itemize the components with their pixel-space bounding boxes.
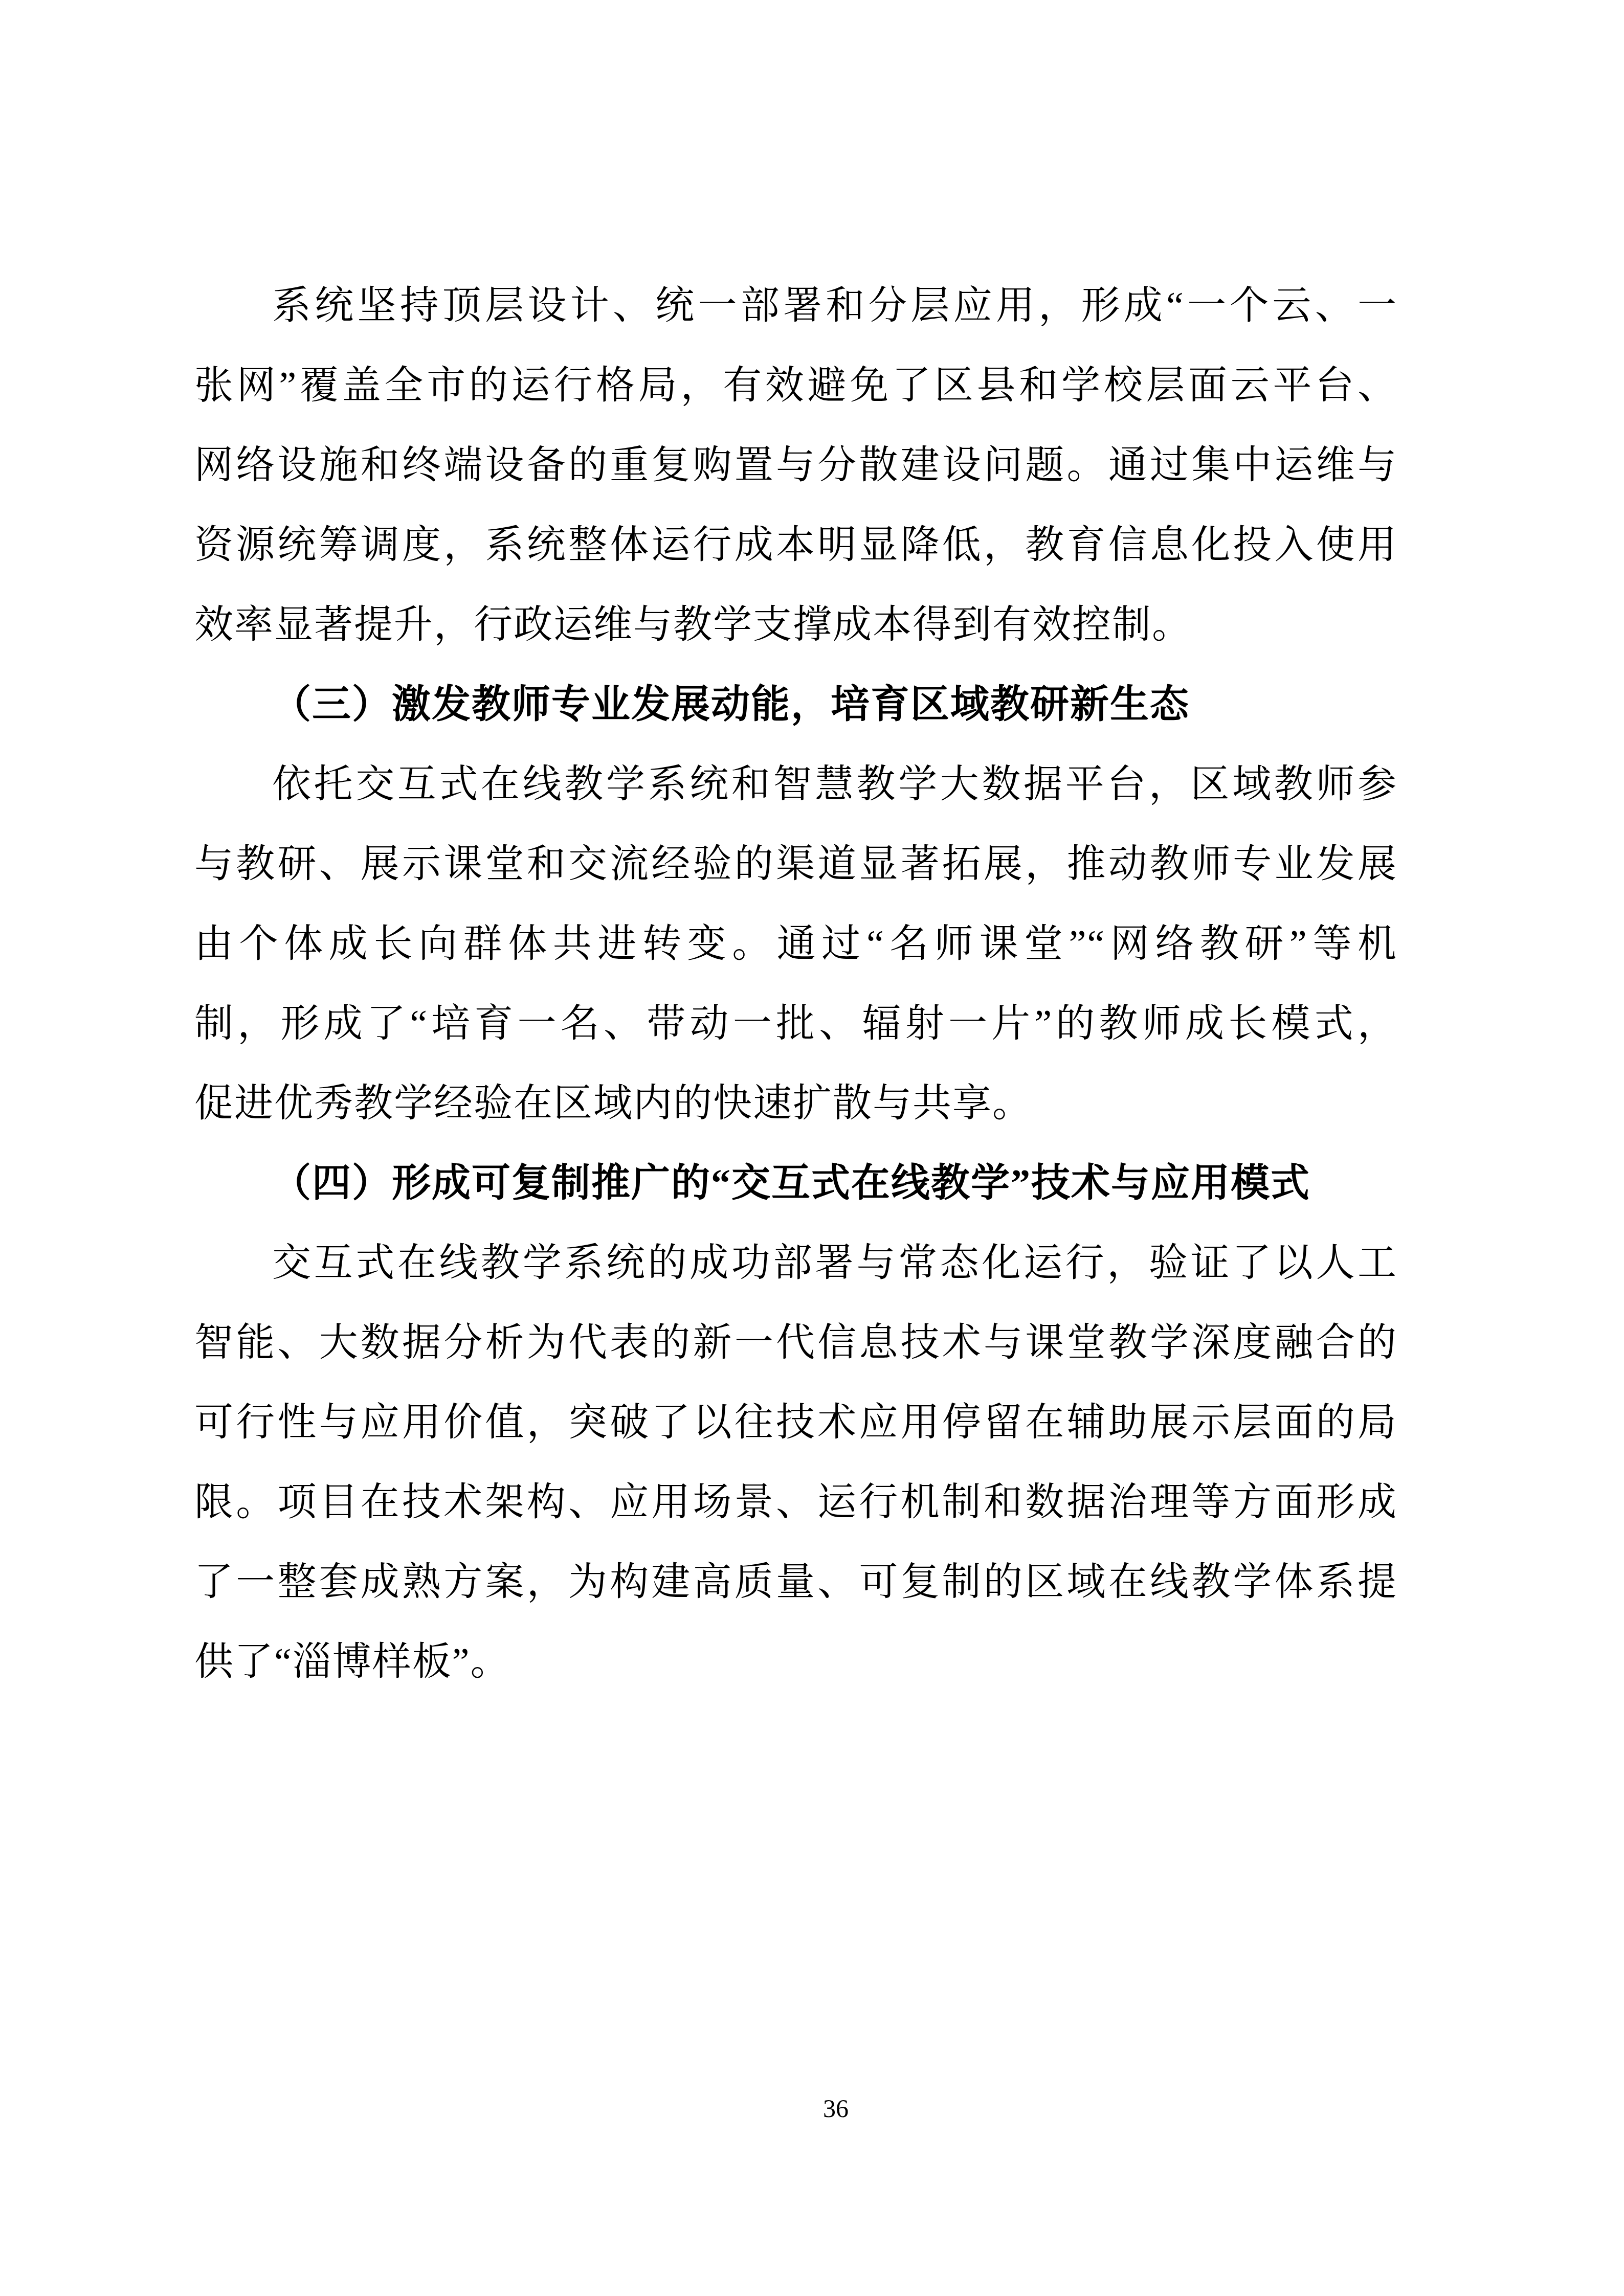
heading-section-3: （三）激发教师专业发展动能，培育区域教研新生态	[194, 665, 1397, 745]
paragraph-line: 可行性与应用价值，突破了以往技术应用停留在辅助展示层面的局	[194, 1383, 1397, 1462]
paragraph-line: 系统坚持顶层设计、统一部署和分层应用，形成“一个云、一	[194, 266, 1397, 346]
heading-line: （四）形成可复制推广的“交互式在线教学”技术与应用模式	[194, 1143, 1397, 1223]
paragraph-teacher-development: 依托交互式在线教学系统和智慧教学大数据平台，区域教师参与教研、展示课堂和交流经验…	[194, 745, 1397, 1143]
paragraph-line: 效率显著提升，行政运维与教学支撑成本得到有效控制。	[194, 585, 1397, 665]
heading-section-4: （四）形成可复制推广的“交互式在线教学”技术与应用模式	[194, 1143, 1397, 1223]
paragraph-line: 促进优秀教学经验在区域内的快速扩散与共享。	[194, 1064, 1397, 1143]
paragraph-line: 制，形成了“培育一名、带动一批、辐射一片”的教师成长模式，	[194, 984, 1397, 1064]
paragraph-line: 了一整套成熟方案，为构建高质量、可复制的区域在线教学体系提	[194, 1542, 1397, 1622]
page-number: 36	[759, 2085, 913, 2131]
document-page: 系统坚持顶层设计、统一部署和分层应用，形成“一个云、一张网”覆盖全市的运行格局，…	[0, 0, 1624, 2296]
paragraph-line: 智能、大数据分析为代表的新一代信息技术与课堂教学深度融合的	[194, 1303, 1397, 1383]
paragraph-system-deployment: 系统坚持顶层设计、统一部署和分层应用，形成“一个云、一张网”覆盖全市的运行格局，…	[194, 266, 1397, 665]
paragraph-line: 网络设施和终端设备的重复购置与分散建设问题。通过集中运维与	[194, 425, 1397, 505]
paragraph-replicable-model: 交互式在线教学系统的成功部署与常态化运行，验证了以人工智能、大数据分析为代表的新…	[194, 1223, 1397, 1702]
paragraph-line: 依托交互式在线教学系统和智慧教学大数据平台，区域教师参	[194, 745, 1397, 824]
paragraph-line: 供了“淄博样板”。	[194, 1622, 1397, 1702]
paragraph-line: 张网”覆盖全市的运行格局，有效避免了区县和学校层面云平台、	[194, 346, 1397, 425]
paragraph-line: 限。项目在技术架构、应用场景、运行机制和数据治理等方面形成	[194, 1462, 1397, 1542]
paragraph-line: 由个体成长向群体共进转变。通过“名师课堂”“网络教研”等机	[194, 904, 1397, 984]
paragraph-line: 与教研、展示课堂和交流经验的渠道显著拓展，推动教师专业发展	[194, 824, 1397, 904]
text-block: 系统坚持顶层设计、统一部署和分层应用，形成“一个云、一张网”覆盖全市的运行格局，…	[194, 266, 1397, 1702]
paragraph-line: 交互式在线教学系统的成功部署与常态化运行，验证了以人工	[194, 1223, 1397, 1303]
paragraph-line: 资源统筹调度，系统整体运行成本明显降低，教育信息化投入使用	[194, 505, 1397, 585]
heading-line: （三）激发教师专业发展动能，培育区域教研新生态	[194, 665, 1397, 745]
